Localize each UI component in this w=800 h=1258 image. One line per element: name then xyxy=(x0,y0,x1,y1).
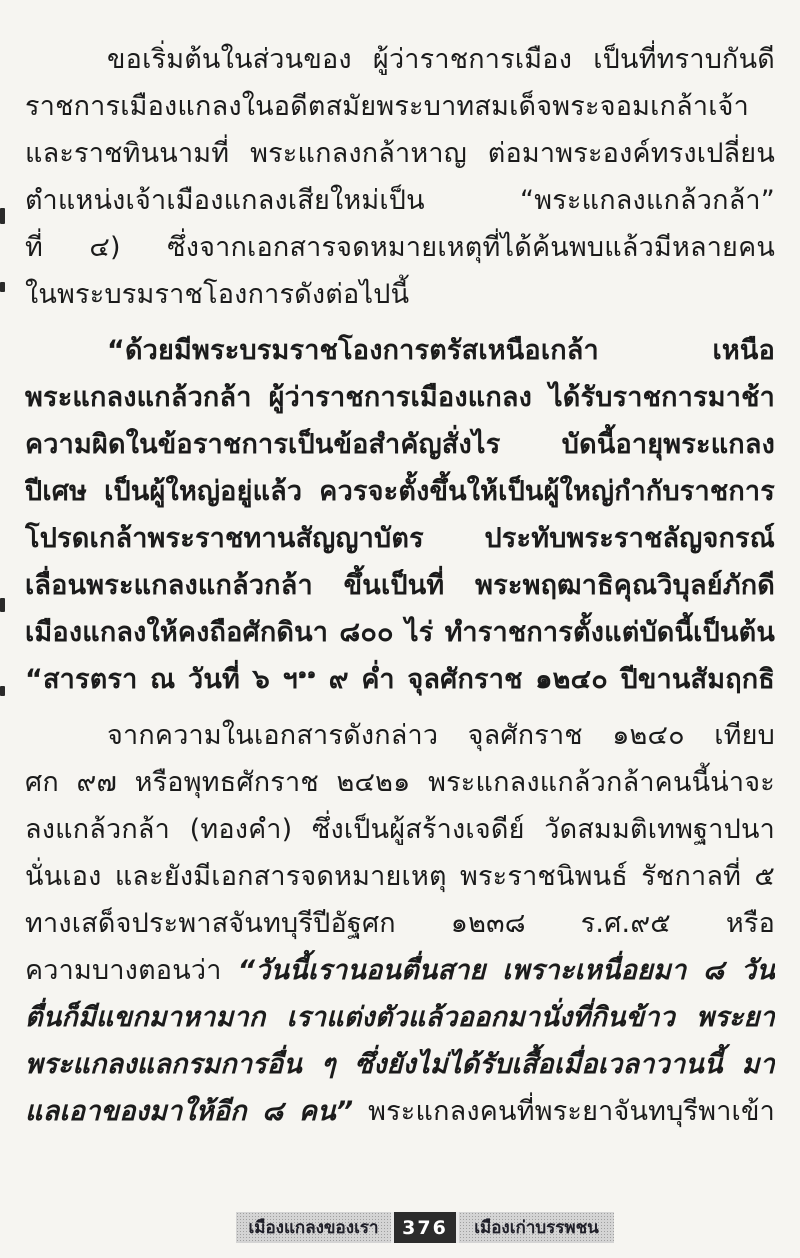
text-segment: ราชการเมืองแกลงในอดีตสมัยพระบาทสมเด็จพระ… xyxy=(25,91,749,130)
scan-artifact xyxy=(0,686,5,696)
text-segment: “ด้วยมีพระบรมราชโองการตรัสเหนือเกล้า เหน… xyxy=(107,335,775,374)
text-line: เลื่อนพระแกลงแกล้วกล้า ขึ้นเป็นที่ พระพฤ… xyxy=(25,562,775,609)
text-segment: ตำแหน่งเจ้าเมืองแกลงเสียใหม่เป็น “พระแกล… xyxy=(25,185,775,224)
text-segment: ที่ ๔) ซึ่งจากเอกสารจดหมายเหตุที่ได้ค้นพ… xyxy=(25,232,775,271)
scan-artifact xyxy=(0,208,5,224)
text-line: ราชการเมืองแกลงในอดีตสมัยพระบาทสมเด็จพระ… xyxy=(25,83,775,130)
text-line: ปีเศษ เป็นผู้ใหญ่อยู่แล้ว ควรจะตั้งขึ้นใ… xyxy=(25,468,775,515)
footer-right-label: เมืองเก่าบรรพชน xyxy=(459,1212,614,1243)
text-segment: และราชทินนามที่ พระแกลงกล้าหาญ ต่อมาพระอ… xyxy=(25,138,775,177)
text-segment: เมืองแกลงให้คงถือศักดินา ๘๐๐ ไร่ ทำราชกา… xyxy=(25,617,775,656)
text-line: ศก ๙๗ หรือพุทธศักราช ๒๔๒๑ พระแกลงแกล้วกล… xyxy=(25,759,775,806)
royal-decree-quote-paragraph: “ด้วยมีพระบรมราชโองการตรัสเหนือเกล้า เหน… xyxy=(25,327,775,703)
text-line: แลเอาของมาให้อีก ๘ คน” พระแกลงคนที่พระยา… xyxy=(25,1088,775,1135)
text-line: ความผิดในข้อราชการเป็นข้อสำคัญสั่งไร บัด… xyxy=(25,421,775,468)
text-line: เมืองแกลงให้คงถือศักดินา ๘๐๐ ไร่ ทำราชกา… xyxy=(25,609,775,656)
text-line: ตื่นก็มีแขกมาหามาก เราแต่งตัวแล้วออกมานั… xyxy=(25,994,775,1041)
text-line: นั่นเอง และยังมีเอกสารจดหมายเหตุ พระราชน… xyxy=(25,853,775,900)
text-line: “ด้วยมีพระบรมราชโองการตรัสเหนือเกล้า เหน… xyxy=(25,327,775,374)
scan-artifact xyxy=(0,598,5,612)
text-line: และราชทินนามที่ พระแกลงกล้าหาญ ต่อมาพระอ… xyxy=(25,130,775,177)
text-segment: ๑๑ xyxy=(298,666,316,682)
footer-left-label: เมืองแกลงของเรา xyxy=(236,1212,391,1243)
text-line: “สารตรา ณ วันที่ ๖ ฯ๑๑ ๙ ค่ำ จุลศักราช ๑… xyxy=(25,656,775,703)
text-line: จากความในเอกสารดังกล่าว จุลศักราช ๑๒๔๐ เ… xyxy=(25,712,775,759)
page-number-badge: 376 xyxy=(391,1212,459,1243)
text-segment: โปรดเกล้าพระราชทานสัญญาบัตร ประทับพระราช… xyxy=(25,523,775,562)
text-line: พระแกลงแกล้วกล้า ผู้ว่าราชการเมืองแกลง ไ… xyxy=(25,374,775,421)
text-line: ที่ ๔) ซึ่งจากเอกสารจดหมายเหตุที่ได้ค้นพ… xyxy=(25,224,775,271)
text-segment: ลงแกล้วกล้า (ทองคำ) ซึ่งเป็นผู้สร้างเจดี… xyxy=(25,814,775,853)
text-segment: ศก ๙๗ หรือพุทธศักราช ๒๔๒๑ พระแกลงแกล้วกล… xyxy=(25,767,775,806)
text-segment: ปีเศษ เป็นผู้ใหญ่อยู่แล้ว ควรจะตั้งขึ้นใ… xyxy=(25,476,775,515)
text-segment: พระแกลงแกล้วกล้า ผู้ว่าราชการเมืองแกลง ไ… xyxy=(25,382,775,421)
text-segment: ขอเริ่มต้นในส่วนของ ผู้ว่าราชการเมือง เป… xyxy=(107,44,775,83)
text-segment: ความผิดในข้อราชการเป็นข้อสำคัญสั่งไร บัด… xyxy=(25,429,775,468)
text-segment: แลเอาของมาให้อีก ๘ คน” xyxy=(25,1096,353,1127)
text-line: ตำแหน่งเจ้าเมืองแกลงเสียใหม่เป็น “พระแกล… xyxy=(25,177,775,224)
text-block: ขอเริ่มต้นในส่วนของ ผู้ว่าราชการเมือง เป… xyxy=(25,36,775,1144)
book-page: ขอเริ่มต้นในส่วนของ ผู้ว่าราชการเมือง เป… xyxy=(0,0,800,1258)
text-segment: นั่นเอง และยังมีเอกสารจดหมายเหตุ พระราชน… xyxy=(25,861,775,900)
text-line: ขอเริ่มต้นในส่วนของ ผู้ว่าราชการเมือง เป… xyxy=(25,36,775,83)
analysis-paragraph: จากความในเอกสารดังกล่าว จุลศักราช ๑๒๔๐ เ… xyxy=(25,712,775,1135)
text-line: โปรดเกล้าพระราชทานสัญญาบัตร ประทับพระราช… xyxy=(25,515,775,562)
intro-paragraph: ขอเริ่มต้นในส่วนของ ผู้ว่าราชการเมือง เป… xyxy=(25,36,775,318)
text-segment: ทางเสด็จประพาสจันทบุรีปีอัฐศก ๑๒๓๘ ร.ศ.๙… xyxy=(25,908,775,947)
text-line: พระแกลงแลกรมการอื่น ๆ ซึ่งยังไม่ได้รับเส… xyxy=(25,1041,775,1088)
text-line: ในพระบรมราชโองการดังต่อไปนี้ xyxy=(25,271,775,318)
text-segment: ความบางตอนว่า xyxy=(25,955,238,986)
text-line: ความบางตอนว่า “วันนี้เรานอนตื่นสาย เพราะ… xyxy=(25,947,775,994)
text-segment: จากความในเอกสารดังกล่าว จุลศักราช ๑๒๔๐ เ… xyxy=(107,720,775,759)
text-segment: เลื่อนพระแกลงแกล้วกล้า ขึ้นเป็นที่ พระพฤ… xyxy=(25,570,775,609)
text-segment: ตื่นก็มีแขกมาหามาก เราแต่งตัวแล้วออกมานั… xyxy=(25,1002,775,1041)
text-segment: พระแกลงแลกรมการอื่น ๆ ซึ่งยังไม่ได้รับเส… xyxy=(25,1049,775,1088)
text-line: ลงแกล้วกล้า (ทองคำ) ซึ่งเป็นผู้สร้างเจดี… xyxy=(25,806,775,853)
text-line: ทางเสด็จประพาสจันทบุรีปีอัฐศก ๑๒๓๘ ร.ศ.๙… xyxy=(25,900,775,947)
scan-artifact xyxy=(0,282,5,292)
text-segment: “สารตรา ณ วันที่ ๖ ฯ xyxy=(25,664,298,695)
page-footer: เมืองแกลงของเรา 376 เมืองเก่าบรรพชน xyxy=(236,1212,614,1243)
text-segment: ในพระบรมราชโองการดังต่อไปนี้ xyxy=(25,279,409,310)
